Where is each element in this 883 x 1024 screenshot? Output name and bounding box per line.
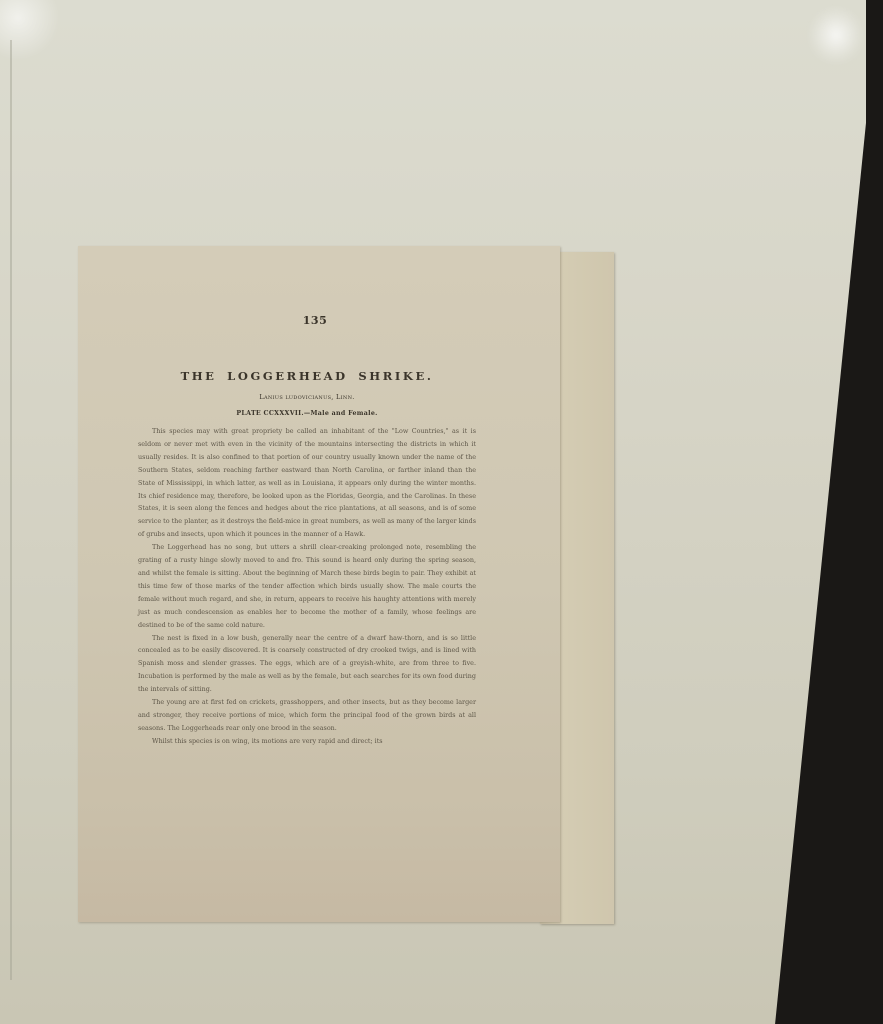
species-name: Lanius ludovicianus, Linn. bbox=[138, 393, 476, 401]
paragraph: The Loggerhead has no song, but utters a… bbox=[138, 541, 476, 631]
book-page: 135 THE LOGGERHEAD SHRIKE. Lanius ludovi… bbox=[78, 246, 560, 922]
page-title: THE LOGGERHEAD SHRIKE. bbox=[138, 369, 476, 383]
page-number: 135 bbox=[154, 314, 476, 327]
plastic-glare-left bbox=[0, 0, 60, 60]
plate-caption: PLATE CCXXXVII.—Male and Female. bbox=[138, 410, 476, 417]
page-content: 135 THE LOGGERHEAD SHRIKE. Lanius ludovi… bbox=[138, 314, 476, 748]
mat-edge-line bbox=[10, 40, 12, 980]
paragraph: This species may with great propriety be… bbox=[138, 425, 476, 541]
plastic-glare-right bbox=[808, 6, 864, 64]
body-text: This species may with great propriety be… bbox=[138, 425, 476, 748]
paragraph: The nest is fixed in a low bush, general… bbox=[138, 632, 476, 697]
paragraph: Whilst this species is on wing, its moti… bbox=[138, 735, 476, 748]
paragraph: The young are at first fed on crickets, … bbox=[138, 696, 476, 735]
